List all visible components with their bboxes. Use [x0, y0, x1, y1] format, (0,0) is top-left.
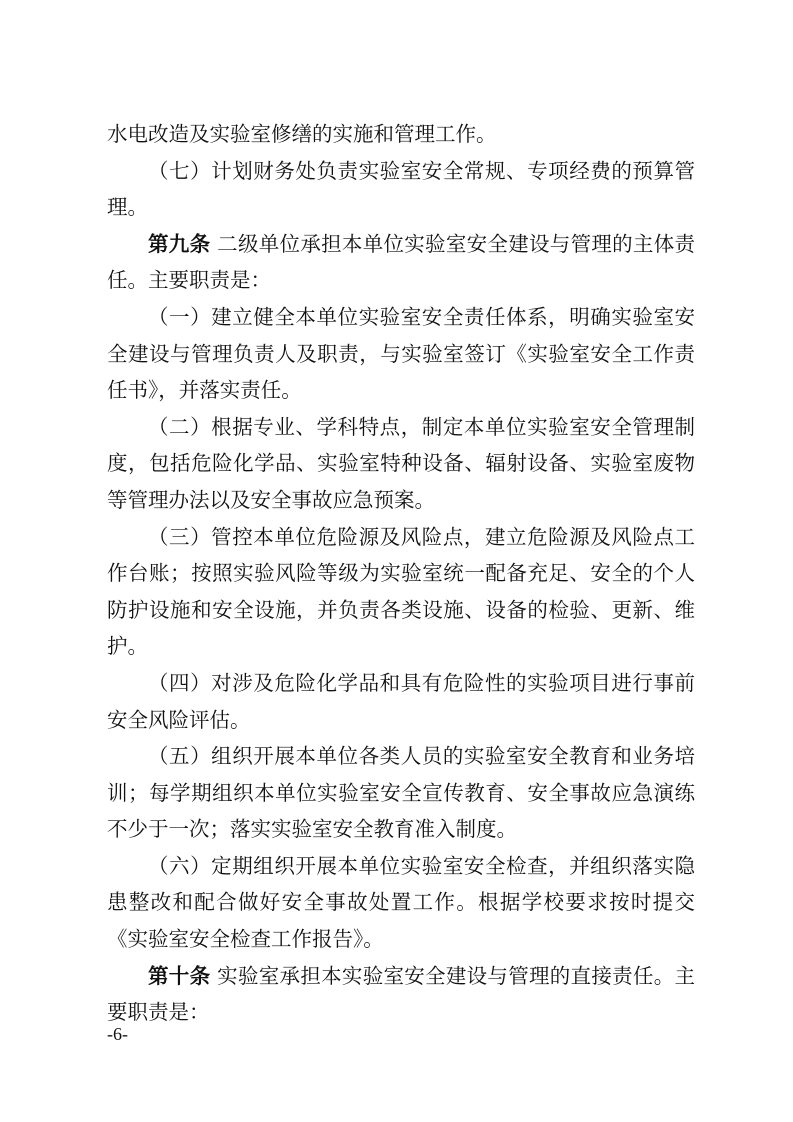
document-body: 水电改造及实验室修缮的实施和管理工作。 （七）计划财务处负责实验室安全常规、专项…	[107, 116, 695, 1031]
page-number: -6-	[107, 1024, 128, 1045]
article-label: 第十条	[148, 964, 210, 988]
paragraph-continuation: 水电改造及实验室修缮的实施和管理工作。	[107, 116, 695, 153]
paragraph-item-4: （四）对涉及危险化学品和具有危险性的实验项目进行事前安全风险评估。	[107, 665, 695, 738]
paragraph-item-1: （一）建立健全本单位实验室安全责任体系，明确实验室安全建设与管理负责人及职责，与…	[107, 299, 695, 409]
article-10: 第十条 实验室承担本实验室安全建设与管理的直接责任。主要职责是：	[107, 958, 695, 1031]
paragraph-item-3: （三）管控本单位危险源及风险点，建立危险源及风险点工作台账；按照实验风险等级为实…	[107, 519, 695, 665]
paragraph-item-7: （七）计划财务处负责实验室安全常规、专项经费的预算管理。	[107, 153, 695, 226]
paragraph-item-6: （六）定期组织开展本单位实验室安全检查，并组织落实隐患整改和配合做好安全事故处置…	[107, 848, 695, 958]
paragraph-item-5: （五）组织开展本单位各类人员的实验室安全教育和业务培训；每学期组织本单位实验室安…	[107, 738, 695, 848]
article-label: 第九条	[148, 232, 210, 256]
article-9: 第九条 二级单位承担本单位实验室安全建设与管理的主体责任。主要职责是：	[107, 226, 695, 299]
paragraph-item-2: （二）根据专业、学科特点，制定本单位实验室安全管理制度，包括危险化学品、实验室特…	[107, 409, 695, 519]
